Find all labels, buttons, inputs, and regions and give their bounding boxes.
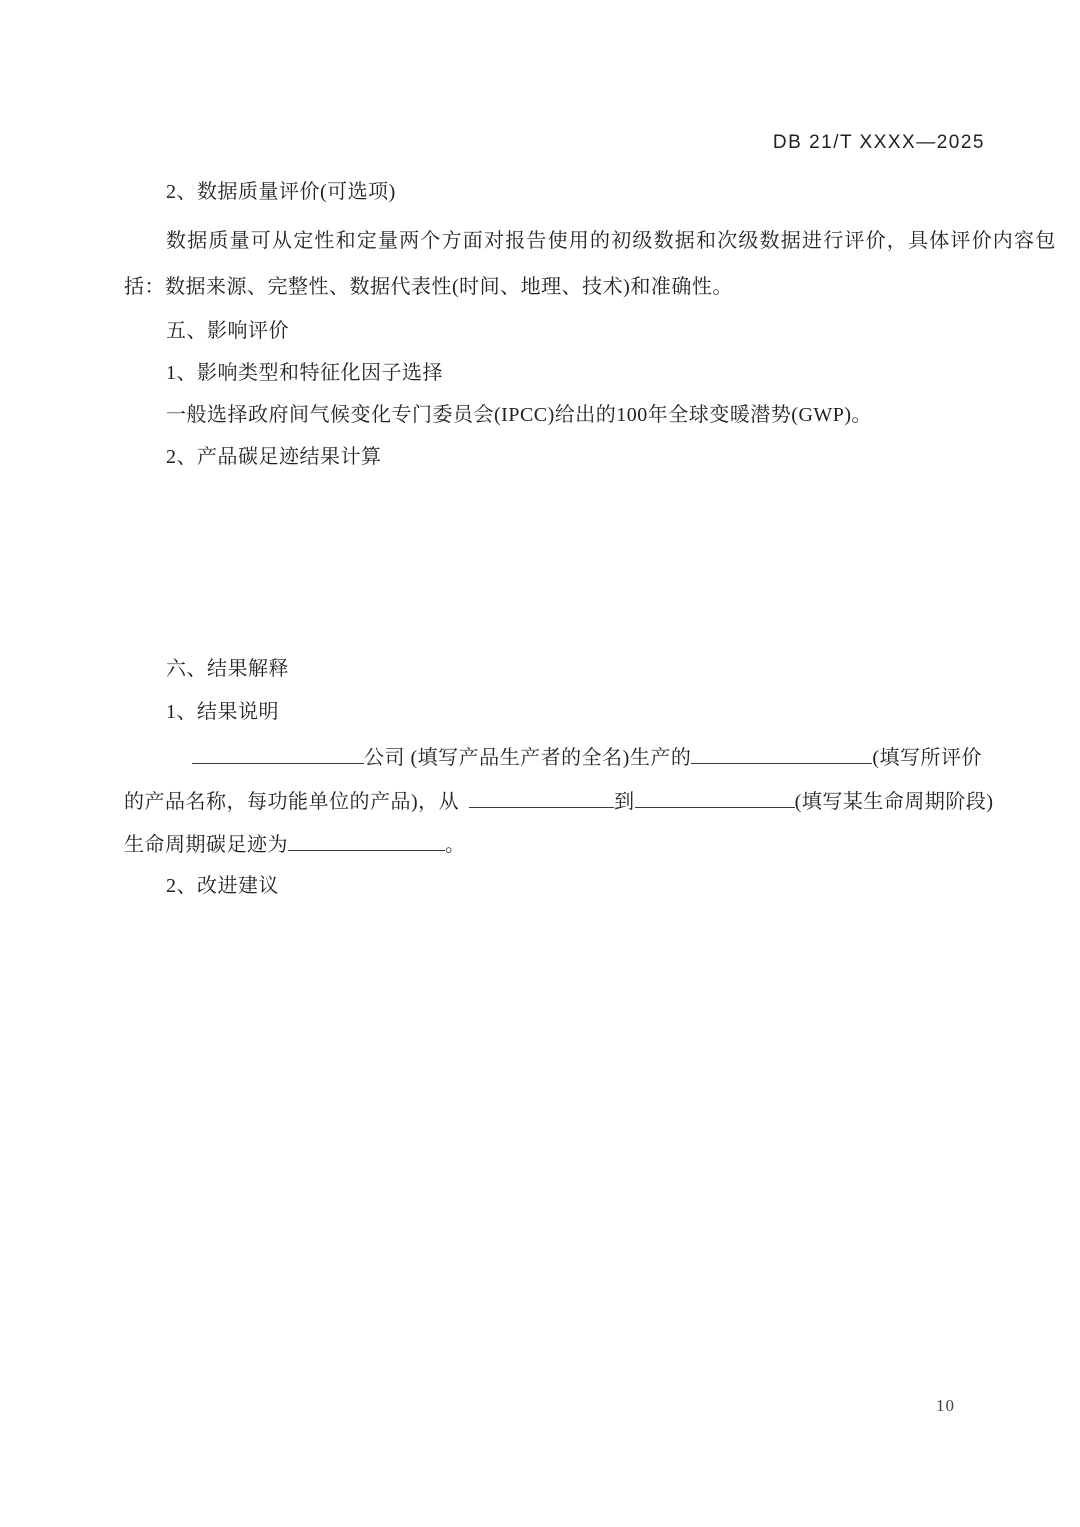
fill-text-product-per-unit: 的产品名称，每功能单位的产品)，从 [124, 791, 459, 813]
item-footprint-calculation: 2、产品碳足迹结果计算 [124, 442, 985, 472]
item-results-description: 1、结果说明 [124, 697, 985, 727]
section-data-quality-title: 2、数据质量评价(可选项) [124, 177, 985, 207]
document-page: DB 21/T XXXX—2025 2、数据质量评价(可选项) 数据质量可从定性… [0, 0, 1080, 1527]
fill-in-blank-stage-to [635, 785, 795, 808]
fill-text-lifecycle-stage-note: (填写某生命周期阶段) [795, 791, 994, 813]
fill-in-line-lifecycle-range: 的产品名称，每功能单位的产品)，从到(填写某生命周期阶段) [124, 785, 985, 817]
fill-in-blank-product-name [691, 741, 872, 764]
fill-in-blank-company-name [192, 741, 364, 764]
page-number: 10 [936, 1396, 955, 1416]
fill-in-blank-footprint-value [288, 828, 445, 851]
section-results-interpretation-title: 六、结果解释 [124, 654, 985, 684]
paragraph-data-quality-line2: 括：数据来源、完整性、数据代表性(时间、地理、技术)和准确性。 [124, 272, 985, 302]
doc-code-header: DB 21/T XXXX—2025 [124, 128, 985, 158]
fill-text-producer: 公司 (填写产品生产者的全名)生产的 [364, 747, 691, 769]
fill-text-to: 到 [614, 791, 635, 813]
fill-in-line-company: 公司 (填写产品生产者的全名)生产的(填写所评价 [124, 741, 985, 773]
fill-in-blank-stage-from [469, 785, 614, 808]
paragraph-ipcc-gwp: 一般选择政府间气候变化专门委员会(IPCC)给出的100年全球变暖潜势(GWP)… [124, 400, 985, 430]
fill-text-evaluated: (填写所评价 [872, 747, 982, 769]
item-impact-types: 1、影响类型和特征化因子选择 [124, 358, 985, 388]
item-improvement-suggestions: 2、改进建议 [124, 871, 985, 901]
section-impact-evaluation-title: 五、影响评价 [124, 316, 985, 346]
fill-in-line-footprint-value: 生命周期碳足迹为。 [124, 828, 985, 860]
paragraph-data-quality-line1: 数据质量可从定性和定量两个方面对报告使用的初级数据和次级数据进行评价，具体评价内… [124, 226, 985, 256]
fill-text-period: 。 [445, 834, 466, 856]
fill-text-lifecycle-footprint: 生命周期碳足迹为 [124, 834, 288, 856]
